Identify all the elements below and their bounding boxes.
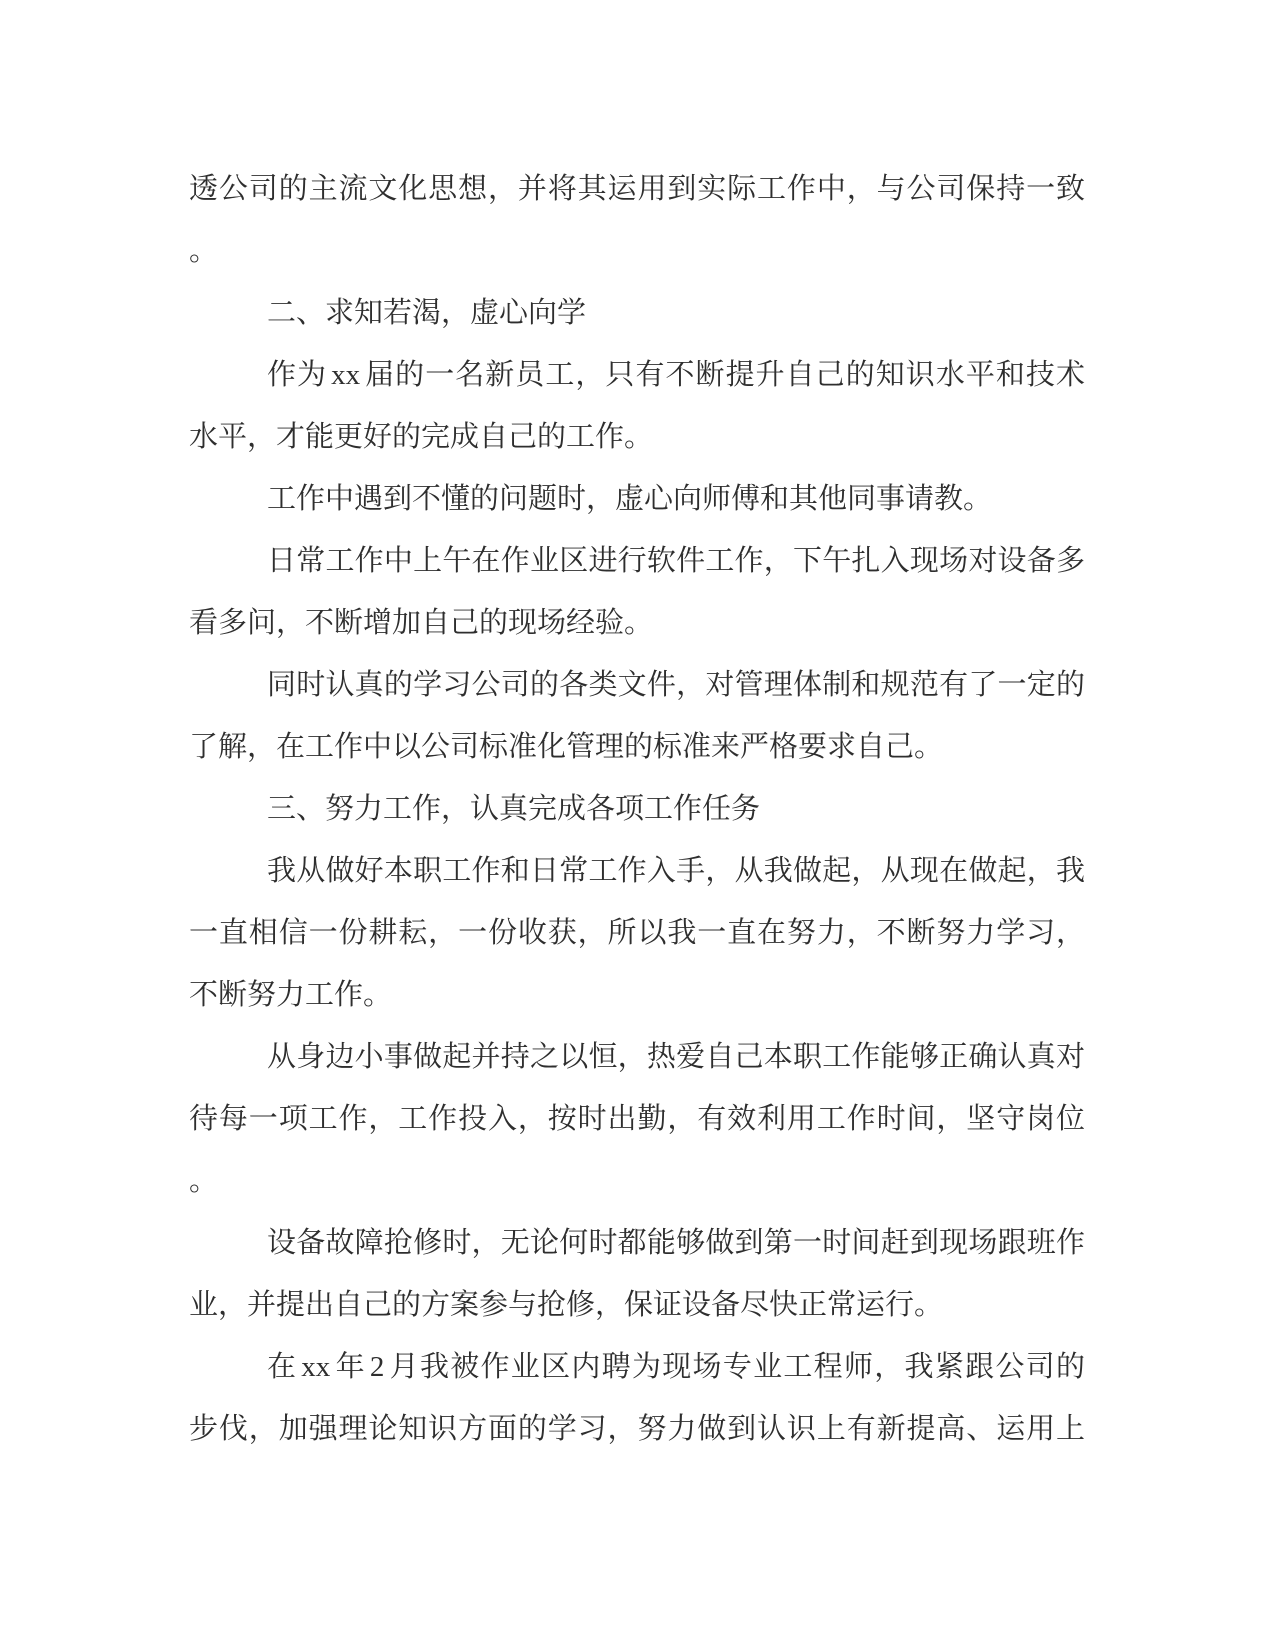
latin-run: xx — [331, 359, 360, 391]
paragraph-line: 工作中遇到不懂的问题时，虚心向师傅和其他同事请教。 — [189, 468, 1085, 530]
paragraph-line: 在xx年2月我被作业区内聘为现场专业工程师，我紧跟公司的 — [189, 1336, 1085, 1398]
paragraph-line: 透公司的主流文化思想，并将其运用到实际工作中，与公司保持一致 — [189, 158, 1085, 220]
latin-run: xx — [301, 1351, 330, 1383]
paragraph-line: 业，并提出自己的方案参与抢修，保证设备尽快正常运行。 — [189, 1274, 1085, 1336]
paragraph-line: 日常工作中上午在作业区进行软件工作，下午扎入现场对设备多 — [189, 530, 1085, 592]
latin-run: 2 — [370, 1351, 385, 1383]
paragraph-line: 设备故障抢修时，无论何时都能够做到第一时间赶到现场跟班作 — [189, 1212, 1085, 1274]
document-page: 透公司的主流文化思想，并将其运用到实际工作中，与公司保持一致 。 二、求知若渴，… — [0, 0, 1275, 1650]
section-heading: 二、求知若渴，虚心向学 — [189, 282, 1085, 344]
paragraph-line: 一直相信一份耕耘，一份收获，所以我一直在努力，不断努力学习， — [189, 902, 1085, 964]
paragraph-line: 从身边小事做起并持之以恒，热爱自己本职工作能够正确认真对 — [189, 1026, 1085, 1088]
paragraph-line: 。 — [189, 1150, 1085, 1212]
paragraph-line: 不断努力工作。 — [189, 964, 1085, 1026]
paragraph-line: 同时认真的学习公司的各类文件，对管理体制和规范有了一定的 — [189, 654, 1085, 716]
paragraph-line: 待每一项工作，工作投入，按时出勤，有效利用工作时间，坚守岗位 — [189, 1088, 1085, 1150]
paragraph-line: 。 — [189, 220, 1085, 282]
paragraph-line: 看多问，不断增加自己的现场经验。 — [189, 592, 1085, 654]
section-heading: 三、努力工作，认真完成各项工作任务 — [189, 778, 1085, 840]
paragraph-line: 水平，才能更好的完成自己的工作。 — [189, 406, 1085, 468]
paragraph-line: 我从做好本职工作和日常工作入手，从我做起，从现在做起，我 — [189, 840, 1085, 902]
paragraph-line: 作为xx届的一名新员工，只有不断提升自己的知识水平和技术 — [189, 344, 1085, 406]
paragraph-line: 了解，在工作中以公司标准化管理的标准来严格要求自己。 — [189, 716, 1085, 778]
paragraph-line: 步伐，加强理论知识方面的学习，努力做到认识上有新提高、运用上 — [189, 1398, 1085, 1460]
